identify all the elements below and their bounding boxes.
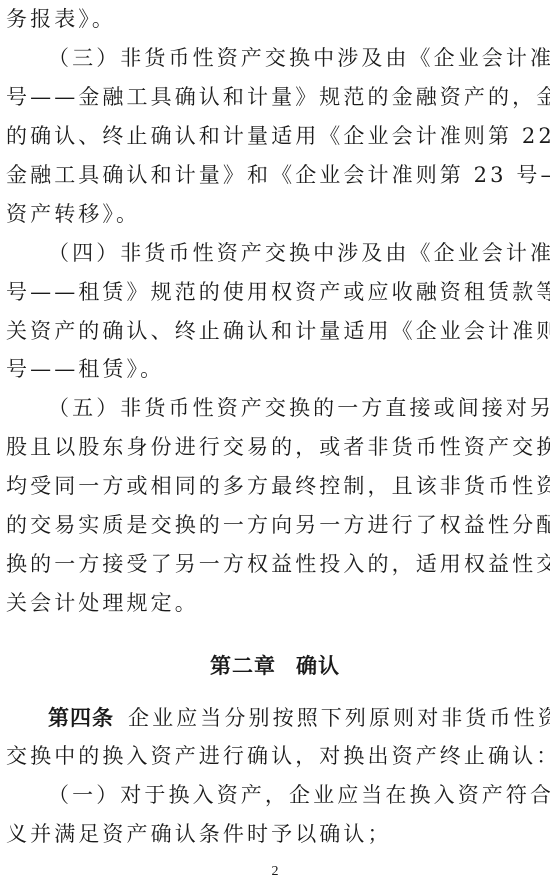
paragraph-line: 关会计处理规定。 <box>6 588 488 618</box>
chapter-number: 第二章 <box>210 651 276 681</box>
page-number: 2 <box>0 864 550 880</box>
paragraph-line: 换的一方接受了另一方权益性投入的，适用权益性交易的有 <box>6 549 488 579</box>
paragraph-line: 股且以股东身份进行交易的，或者非货币性资产交换的双方 <box>6 432 488 462</box>
paragraph-line: 资产转移》。 <box>6 199 488 229</box>
paragraph-line: 金融工具确认和计量》和《企业会计准则第 23 号——金融 <box>6 160 488 190</box>
paragraph-line: 交换中的换入资产进行确认，对换出资产终止确认： <box>6 741 488 771</box>
paragraph-line: 号——金融工具确认和计量》规范的金融资产的，金融资产 <box>6 82 488 112</box>
article-text: 企业应当分别按照下列原则对非货币性资产 <box>128 706 550 730</box>
article-label: 第四条 <box>48 706 114 730</box>
paragraph-line: （一）对于换入资产，企业应当在换入资产符合资产定 <box>48 780 488 810</box>
paragraph-line: 号——租赁》。 <box>6 354 488 384</box>
paragraph-line: （五）非货币性资产交换的一方直接或间接对另一方持 <box>48 393 488 423</box>
paragraph-line: 的交易实质是交换的一方向另一方进行了权益性分配或交 <box>6 510 488 540</box>
paragraph-line: 号——租赁》规范的使用权资产或应收融资租赁款等的，相 <box>6 277 488 307</box>
paragraph-line: 均受同一方或相同的多方最终控制，且该非货币性资产交换 <box>6 471 488 501</box>
paragraph-line: 的确认、终止确认和计量适用《企业会计准则第 22 号—— <box>6 121 488 151</box>
document-page: 务报表》。 （三）非货币性资产交换中涉及由《企业会计准则第 22 号——金融工具… <box>0 0 550 885</box>
paragraph-line: 义并满足资产确认条件时予以确认； <box>6 819 488 849</box>
paragraph-line: 关资产的确认、终止确认和计量适用《企业会计准则第 21 <box>6 316 488 346</box>
paragraph-line: （三）非货币性资产交换中涉及由《企业会计准则第 22 <box>48 43 488 73</box>
chapter-title: 确认 <box>296 651 340 681</box>
article-first-line: 第四条企业应当分别按照下列原则对非货币性资产 <box>48 703 488 733</box>
paragraph-line: 务报表》。 <box>6 4 488 34</box>
chapter-heading: 第二章确认 <box>0 651 550 681</box>
paragraph-line: （四）非货币性资产交换中涉及由《企业会计准则第 21 <box>48 238 488 268</box>
